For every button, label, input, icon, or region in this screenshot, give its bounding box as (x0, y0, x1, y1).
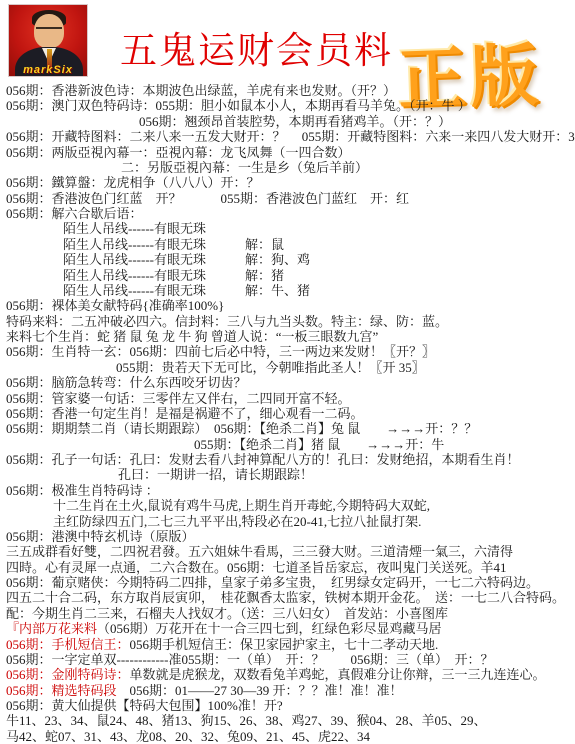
text-line: 056期：港澳中特玄机诗（原版） (6, 529, 575, 544)
text-line: 056期：管家婆一句话：三零伴左又伴右，二四同开富不轻。 (6, 391, 575, 406)
text-line: 056期：生肖特一玄：056期：四前七后必中特，三一两边来发财！〖开？〗 (6, 344, 575, 359)
text-line: 孔曰：一期讲一招，请长期跟踪！ (6, 467, 575, 482)
red-label: 056期：手机短信王： (6, 637, 130, 652)
text-line: 056期：裸体美女献特码{准确率100%} (6, 298, 575, 313)
text-line: 056期：两版亞視內幕一：亞視內幕：龙飞凤舞（一四合数） (6, 145, 575, 160)
text-segment: 056期：孔子一句话：孔曰：发财去看八封神算配八方的！孔曰：发财绝招，本期看生肖… (6, 452, 520, 467)
text-segment: 056期：港澳中特玄机诗（原版） (6, 529, 195, 544)
text-segment: 主红防绿四五门,二七三九平平出,特段必在20-41,七拉八扯鼠打架. (53, 514, 421, 529)
text-line: 特码来料：二五冲破必四六。信封料：三八与九当头数。特主：绿、防：蓝。 (6, 314, 575, 329)
text-line: 陌生人吊线------有眼无珠 解：牛、猪 (6, 283, 575, 298)
text-segment: 056期：01——27 30—39 开：？？准！准！准！ (117, 683, 403, 698)
text-segment: 055期：贵若天下无可比，今朝唯指此圣人！〖开 35〗 (116, 360, 425, 375)
text-line: 主红防绿四五门,二七三九平平出,特段必在20-41,七拉八扯鼠打架. (6, 514, 575, 529)
text-line: 四時。心有灵犀一点通，二六合数在。056期：七道圣旨岳家忘，夜叫鬼门关送死。羊4… (6, 560, 575, 575)
photo-caption: markSix (9, 64, 87, 76)
text-segment: 056期：期期禁二肖（请长期跟踪） 056期：【绝杀二肖】兔 鼠 →→→开：？？ (6, 421, 477, 436)
text-line: 056期：香港一句定生肖！是福是祸避不了，细心观看一二码。 (6, 406, 575, 421)
text-segment: 单数就是虎猴龙，双数看兔羊鸡蛇，真假难分让你辩，三一三九连连心。 (130, 667, 546, 682)
text-line: 陌生人吊线------有眼无珠 (6, 221, 575, 236)
red-label: 『内部万花来料 (6, 621, 97, 636)
text-line: 056期：一字定单双------------准055期：一（单） 开：？ 056… (6, 652, 575, 667)
text-line: 陌生人吊线------有眼无珠 解：鼠 (6, 237, 575, 252)
text-segment: 056期：极准生肖特码诗 ： (6, 483, 159, 498)
text-line: 056期：解六合歇后语： (6, 206, 575, 221)
text-line: 三五成群看好雙，二四祝君發。五六姐妹牛看馬，三三發大财。三道清煙一氣三，六清得 (6, 544, 575, 559)
text-segment: 特码来料：二五冲破必四六。信封料：三八与九当头数。特主：绿、防：蓝。 (6, 314, 448, 329)
text-line: 056期：金刚特码诗：单数就是虎猴龙，双数看兔羊鸡蛇，真假难分让你辩，三一三九连… (6, 667, 575, 682)
text-line: 056期：香港新波色诗：本期波色出绿蓝，羊虎有来也发财。（开？） (6, 83, 575, 98)
text-line: 056期：手机短信王：056期手机短信王：保卫家园护家主，七十二孝动天地. (6, 637, 575, 652)
glasses-icon (36, 27, 62, 35)
text-line: 牛11、23、34、鼠24、48、猪13、狗15、26、38、鸡27、39、猴0… (6, 713, 575, 728)
text-segment: 056期：香港波色门红蓝 开？ 055期：香港波色门蓝红 开：红 (6, 191, 409, 206)
text-segment: 056期：开藏特图料：二来八来一五发大财开：？ 055期：开藏特图料：六来一来四… (6, 129, 575, 144)
text-segment: 二：另版亞視內幕：一生是乡（兔后羊前） (121, 160, 368, 175)
text-segment: 056期：一字定单双------------准055期：一（单） 开：？ 056… (6, 652, 493, 667)
text-line: 四五二十合二码，东方取肖辰寅卯， 桂花飘香太监家，铁树本期开金花。 送：一七二八… (6, 590, 575, 605)
text-segment: 陌生人吊线------有眼无珠 解：狗、鸡 (63, 252, 310, 267)
text-line: 055期：【绝杀二肖】猪 鼠 →→→开：牛 (6, 437, 575, 452)
text-line: 056期：期期禁二肖（请长期跟踪） 056期：【绝杀二肖】兔 鼠 →→→开：？？ (6, 421, 575, 436)
text-line: 056期：开藏特图料：二来八来一五发大财开：？ 055期：开藏特图料：六来一来四… (6, 129, 575, 144)
text-line: 来料七个生肖：蛇 猪 鼠 兔 龙 牛 狗 曾道人说：“一板三眼数九宫” (6, 329, 575, 344)
text-segment: 马42、蛇07、31、43、龙08、20、32、兔09、21、45、虎22、34 (6, 729, 370, 744)
text-line: 056期：脑筋急转弯：什么东西咬牙切齿？ (6, 375, 575, 390)
portrait-photo: markSix (8, 4, 88, 77)
text-line: 056期：鐵算盤：龙虎相争（八八八）开：？ (6, 175, 575, 190)
text-segment: 056期：鐵算盤：龙虎相争（八八八）开：？ (6, 175, 260, 190)
text-segment: 三五成群看好雙，二四祝君發。五六姐妹牛看馬，三三發大财。三道清煙一氣三，六清得 (6, 544, 513, 559)
text-line: 『内部万花来料（056期）万花开在十一合三四七到，红绿色彩尽显鸡藏马居 (6, 621, 575, 636)
text-line: 056期：孔子一句话：孔曰：发财去看八封神算配八方的！孔曰：发财绝招，本期看生肖… (6, 452, 575, 467)
text-segment: 056期：葡京赌侠：今期特码二四排，皇家子弟多宝贵， 红男绿女定码开，一七二六特… (6, 575, 539, 590)
text-segment: 陌生人吊线------有眼无珠 解：牛、猪 (63, 283, 310, 298)
text-segment: 牛11、23、34、鼠24、48、猪13、狗15、26、38、鸡27、39、猴0… (6, 713, 487, 728)
text-segment: 056期：澳门双色特码诗：055期：胆小如鼠本小人，本期再看马羊兔。（开：牛 ） (6, 98, 471, 113)
text-line: 二：另版亞視內幕：一生是乡（兔后羊前） (6, 160, 575, 175)
text-segment: 056期：生肖特一玄：056期：四前七后必中特，三一两边来发财！〖开？〗 (6, 344, 435, 359)
red-label: 056期：金刚特码诗： (6, 667, 130, 682)
text-segment: （056期）万花开在十一合三四七到，红绿色彩尽显鸡藏马居 (97, 621, 442, 636)
content-lines: 056期：香港新波色诗：本期波色出绿蓝，羊虎有来也发财。（开？）056期：澳门双… (6, 83, 575, 744)
text-line: 配：今期生肖二三来，石榴夫人找奴才。（送：三八妇女） 首发站：小喜图库 (6, 606, 575, 621)
text-line: 056期：葡京赌侠：今期特码二四排，皇家子弟多宝贵， 红男绿女定码开，一七二六特… (6, 575, 575, 590)
text-segment: 056期：香港一句定生肖！是福是祸避不了，细心观看一二码。 (6, 406, 364, 421)
text-segment: 配：今期生肖二三来，石榴夫人找奴才。（送：三八妇女） 首发站：小喜图库 (6, 606, 448, 621)
text-segment: 来料七个生肖：蛇 猪 鼠 兔 龙 牛 狗 曾道人说：“一板三眼数九宫” (6, 329, 378, 344)
text-segment: 056期：裸体美女献特码{准确率100%} (6, 298, 224, 313)
page-title: 五鬼运财会员料 (120, 20, 393, 74)
text-segment: 056期：香港新波色诗：本期波色出绿蓝，羊虎有来也发财。（开？） (6, 83, 396, 98)
text-line: 056期：极准生肖特码诗 ： (6, 483, 575, 498)
text-segment: 056期手机短信王：保卫家园护家主，七十二孝动天地. (130, 637, 439, 652)
red-label: 056期：精选特码段 (6, 683, 117, 698)
text-line: 056期：翘颈昂首装腔势，本期再看猪鸡羊。（开：？） (6, 114, 575, 129)
text-segment: 056期：管家婆一句话：三零伴左又伴右，二四同开富不轻。 (6, 391, 351, 406)
text-line: 056期：黄大仙提供【特码大包围】100%准！开? (6, 698, 575, 713)
text-segment: 陌生人吊线------有眼无珠 解：猪 (63, 268, 284, 283)
text-segment: 孔曰：一期讲一招，请长期跟踪！ (118, 467, 313, 482)
text-line: 十二生肖在土火,鼠说有鸡牛马虎,上期生肖开毒蛇,今期特码大双蛇, (6, 498, 575, 513)
text-line: 陌生人吊线------有眼无珠 解：狗、鸡 (6, 252, 575, 267)
text-segment: 055期：【绝杀二肖】猪 鼠 →→→开：牛 (194, 437, 444, 452)
text-line: 055期：贵若天下无可比，今朝唯指此圣人！〖开 35〗 (6, 360, 575, 375)
text-line: 陌生人吊线------有眼无珠 解：猪 (6, 268, 575, 283)
text-segment: 陌生人吊线------有眼无珠 (63, 221, 206, 236)
text-segment: 056期：翘颈昂首装腔势，本期再看猪鸡羊。（开：？） (139, 114, 451, 129)
text-line: 056期：精选特码段 056期：01——27 30—39 开：？？准！准！准！ (6, 683, 575, 698)
text-line: 056期：香港波色门红蓝 开？ 055期：香港波色门蓝红 开：红 (6, 191, 575, 206)
tip-sheet-page: { "header": { "title": "五鬼运财会员料", "stamp… (0, 0, 575, 744)
text-line: 马42、蛇07、31、43、龙08、20、32、兔09、21、45、虎22、34 (6, 729, 575, 744)
text-segment: 陌生人吊线------有眼无珠 解：鼠 (63, 237, 284, 252)
text-segment: 四時。心有灵犀一点通，二六合数在。056期：七道圣旨岳家忘，夜叫鬼门关送死。羊4… (6, 560, 507, 575)
text-segment: 056期：解六合歇后语： (6, 206, 143, 221)
text-segment: 056期：黄大仙提供【特码大包围】100%准！开? (6, 698, 283, 713)
text-segment: 056期：两版亞視內幕一：亞視內幕：龙飞凤舞（一四合数） (6, 145, 351, 160)
text-line: 056期：澳门双色特码诗：055期：胆小如鼠本小人，本期再看马羊兔。（开：牛 ） (6, 98, 575, 113)
text-segment: 056期：脑筋急转弯：什么东西咬牙切齿？ (6, 375, 247, 390)
text-segment: 十二生肖在土火,鼠说有鸡牛马虎,上期生肖开毒蛇,今期特码大双蛇, (53, 498, 430, 513)
text-segment: 四五二十合二码，东方取肖辰寅卯， 桂花飘香太监家，铁树本期开金花。 送：一七二八… (6, 590, 565, 605)
